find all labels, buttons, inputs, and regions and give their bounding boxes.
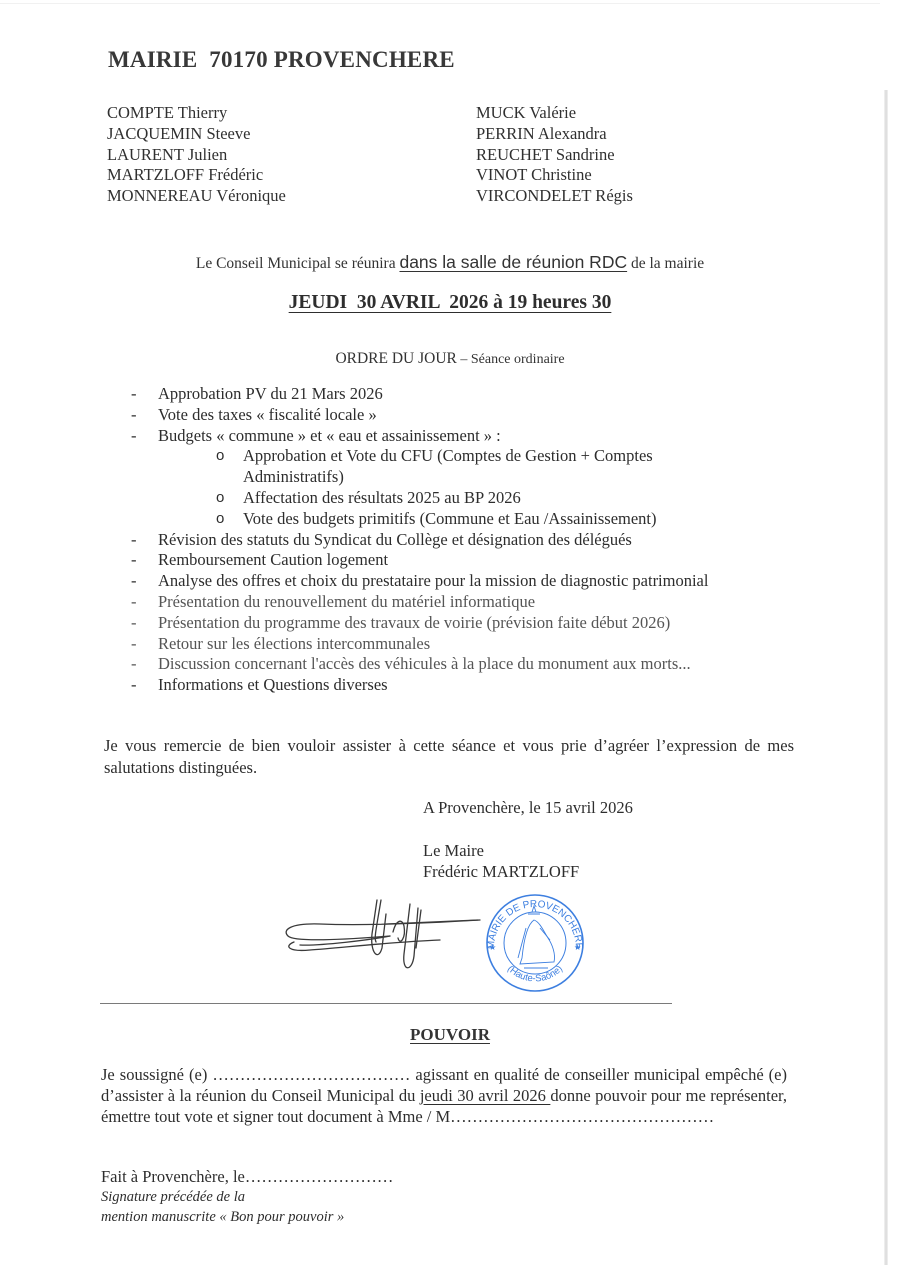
dash-bullet-icon: - <box>131 530 137 551</box>
member-name: REUCHET Sandrine <box>476 145 633 166</box>
council-members-left: COMPTE Thierry JACQUEMIN Steeve LAURENT … <box>107 103 286 207</box>
proxy-meeting-date: jeudi 30 avril 2026 <box>420 1086 551 1105</box>
agenda-list: -Approbation PV du 21 Mars 2026 -Vote de… <box>128 384 708 696</box>
agenda-sub-item: oApprobation et Vote du CFU (Comptes de … <box>128 446 708 488</box>
dash-bullet-icon: - <box>131 634 137 655</box>
meeting-venue: dans la salle de réunion RDC <box>399 252 627 272</box>
signatory-title: Le Maire <box>423 841 579 862</box>
member-name: MUCK Valérie <box>476 103 633 124</box>
convocation-sentence: Le Conseil Municipal se réunira dans la … <box>0 252 900 273</box>
member-name: VIRCONDELET Régis <box>476 186 633 207</box>
town-hall-stamp-icon: MAIRIE DE PROVENCHERE (Haute-Saône) ★ ★ <box>470 888 600 994</box>
dash-bullet-icon: - <box>131 550 137 571</box>
agenda-sub-item: oVote des budgets primitifs (Commune et … <box>128 509 708 530</box>
member-name: MARTZLOFF Frédéric <box>107 165 286 186</box>
convocation-after: de la mairie <box>627 255 704 272</box>
council-members-right: MUCK Valérie PERRIN Alexandra REUCHET Sa… <box>476 103 633 207</box>
scan-top-edge <box>0 3 880 4</box>
agenda-session-type: – Séance ordinaire <box>457 352 565 367</box>
signature-instruction: Signature précédée de la mention manuscr… <box>101 1187 344 1227</box>
svg-text:(Haute-Saône): (Haute-Saône) <box>505 963 565 984</box>
dash-bullet-icon: - <box>131 592 137 613</box>
agenda-item: -Budgets « commune » et « eau et assaini… <box>128 426 708 447</box>
dash-bullet-icon: - <box>131 405 137 426</box>
svg-text:★: ★ <box>574 943 581 952</box>
agenda-item: -Remboursement Caution logement <box>128 550 708 571</box>
svg-text:MAIRIE DE PROVENCHERE: MAIRIE DE PROVENCHERE <box>486 899 584 950</box>
dash-bullet-icon: - <box>131 675 137 696</box>
dash-bullet-icon: - <box>131 384 137 405</box>
handwritten-signature-icon <box>280 890 490 990</box>
member-name: MONNEREAU Véronique <box>107 186 286 207</box>
agenda-item: -Analyse des offres et choix du prestata… <box>128 571 708 592</box>
dash-bullet-icon: - <box>131 654 137 675</box>
proxy-form-title: POUVOIR <box>0 1025 900 1045</box>
convocation-before: Le Conseil Municipal se réunira <box>196 255 400 272</box>
agenda-item: -Présentation du renouvellement du matér… <box>128 592 708 613</box>
section-divider <box>100 1003 672 1004</box>
agenda-item: -Retour sur les élections intercommunale… <box>128 634 708 655</box>
member-name: LAURENT Julien <box>107 145 286 166</box>
dash-bullet-icon: - <box>131 426 137 447</box>
agenda-sub-item: oAffectation des résultats 2025 au BP 20… <box>128 488 708 509</box>
agenda-heading: ORDRE DU JOUR – Séance ordinaire <box>0 350 900 368</box>
signatory-block: Le Maire Frédéric MARTZLOFF <box>423 841 579 882</box>
member-name: VINOT Christine <box>476 165 633 186</box>
agenda-item: -Vote des taxes « fiscalité locale » <box>128 405 708 426</box>
proxy-place-date-line: Fait à Provenchère, le……………………… <box>101 1167 393 1187</box>
proxy-form-body: Je soussigné (e) ……………………………… agissant e… <box>101 1064 787 1127</box>
meeting-date-heading: JEUDI 30 AVRIL 2026 à 19 heures 30 <box>0 292 900 314</box>
agenda-item: -Présentation du programme des travaux d… <box>128 613 708 634</box>
member-name: JACQUEMIN Steeve <box>107 124 286 145</box>
agenda-item: -Discussion concernant l'accès des véhic… <box>128 654 708 675</box>
member-name: COMPTE Thierry <box>107 103 286 124</box>
agenda-item: -Révision des statuts du Syndicat du Col… <box>128 530 708 551</box>
agenda-title: ORDRE DU JOUR <box>335 350 456 367</box>
agenda-item: -Informations et Questions diverses <box>128 675 708 696</box>
dash-bullet-icon: - <box>131 571 137 592</box>
circle-bullet-icon: o <box>216 509 224 530</box>
mairie-title: MAIRIE 70170 PROVENCHERE <box>108 47 455 73</box>
circle-bullet-icon: o <box>216 446 224 467</box>
place-and-date: A Provenchère, le 15 avril 2026 <box>423 798 633 818</box>
circle-bullet-icon: o <box>216 488 224 509</box>
svg-text:★: ★ <box>489 943 496 952</box>
signatory-name: Frédéric MARTZLOFF <box>423 862 579 883</box>
member-name: PERRIN Alexandra <box>476 124 633 145</box>
agenda-item: -Approbation PV du 21 Mars 2026 <box>128 384 708 405</box>
closing-paragraph: Je vous remercie de bien vouloir assiste… <box>104 735 794 779</box>
dash-bullet-icon: - <box>131 613 137 634</box>
